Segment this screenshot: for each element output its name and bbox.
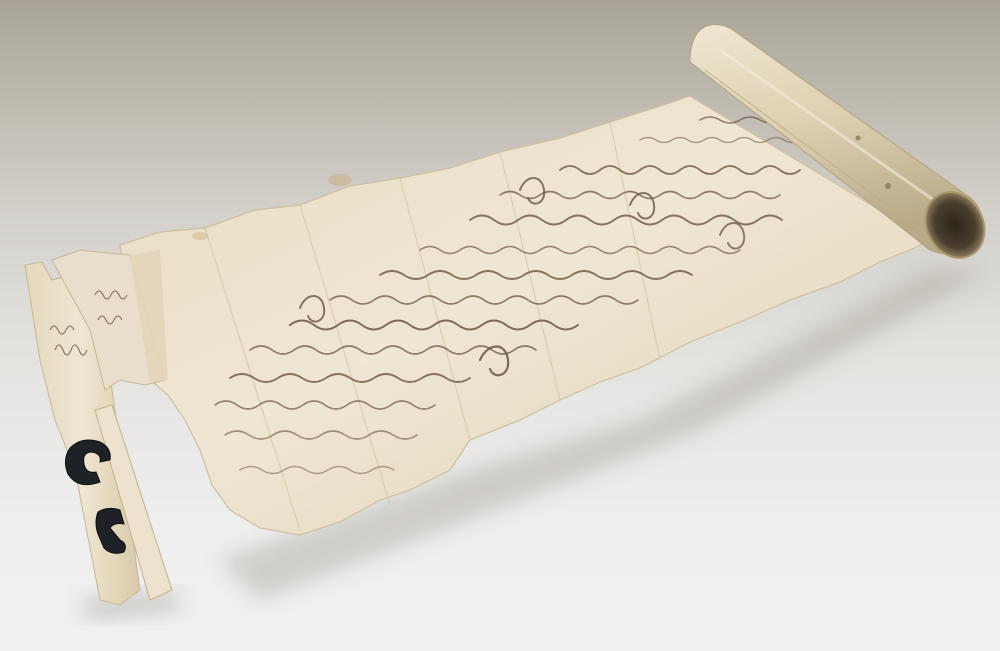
folded-strip <box>25 250 172 605</box>
photo-scene <box>0 0 1000 651</box>
scroll-illustration <box>0 0 1000 651</box>
